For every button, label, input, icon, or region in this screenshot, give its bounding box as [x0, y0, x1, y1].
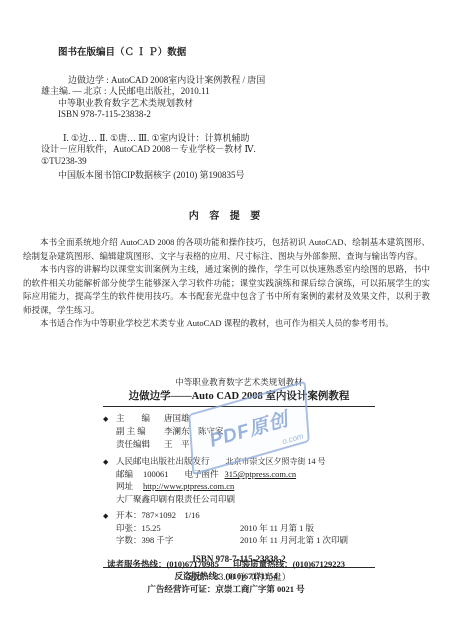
yinzhang-edition-row: 印张：15.25 2010 年 11 月第 1 版 — [103, 522, 375, 534]
cip-isbn-line: ISBN 978-7-115-23838-2 — [41, 109, 351, 121]
website-value: http://www.ptpress.com.cn — [143, 480, 234, 492]
chief-editor-label: 主 编 — [116, 412, 164, 424]
book-title: 边做边学——Auto CAD 2008 室内设计案例教程 — [103, 391, 375, 406]
publisher-row: ◆ 人民邮电出版社出版发行 北京市崇文区夕照寺街 14 号 — [103, 455, 375, 468]
cip-section: 图书在版编目（Ｃ Ｉ Ｐ）数据 边做边学 : AutoCAD 2008室内设计案… — [41, 48, 351, 182]
chief-editor-name: 唐国雄 — [164, 412, 190, 424]
book-copyright-page: 图书在版编目（Ｃ Ｉ Ｐ）数据 边做边学 : AutoCAD 2008室内设计案… — [0, 0, 452, 620]
publisher-address: 北京市崇文区夕照寺街 14 号 — [226, 456, 326, 468]
edition-value: 2010 年 11 月第 1 版 — [240, 522, 314, 534]
cip-classification-line: ①TU238-39 — [41, 156, 351, 168]
format-row: ◆ 开本： 787×1092 1/16 — [103, 509, 375, 522]
diamond-bullet-icon: ◆ — [103, 510, 116, 522]
responsible-editor-label: 责任编辑 — [116, 438, 164, 450]
title-divider — [103, 406, 375, 407]
cip-line: 雄主编. — 北京 : 人民邮电出版社，2010.11 — [41, 86, 351, 98]
deputy-editor-label: 副 主 编 — [116, 425, 164, 437]
abstract-paragraph: 本书全面系统地介绍 AutoCAD 2008 的各项功能和操作技巧，包括初识 A… — [23, 236, 430, 263]
website-label: 网址 — [116, 480, 133, 492]
printer-row: 大厂聚鑫印刷有限责任公司印刷 — [103, 493, 375, 505]
responsible-editor-name: 王 平 — [164, 438, 190, 450]
yinzhang-value: 印张：15.25 — [116, 522, 240, 534]
series-title: 中等职业教育数字艺术类规划教材 — [103, 376, 375, 388]
email-value: 315@ptpress.com.cn — [225, 468, 297, 480]
abstract-heading: 内 容 提 要 — [23, 207, 430, 222]
format-block: ◆ 开本： 787×1092 1/16 印张：15.25 2010 年 11 月… — [103, 509, 375, 547]
zishu-value: 字数：398 千字 — [116, 534, 240, 546]
postcode-value: 100061 — [143, 468, 169, 480]
abstract-paragraph: 本书内容的讲解均以课堂实训案例为主线，通过案例的操作，学生可以快速熟悉室内绘图的… — [23, 263, 430, 317]
antipiracy-hotline: 反盗版热线：(010)67171154 — [0, 570, 452, 582]
responsible-editor-row: 责任编辑 王 平 — [103, 438, 375, 450]
printing-value: 2010 年 11 月河北第 1 次印刷 — [240, 534, 348, 546]
cip-classification-line: Ⅰ. ①边… Ⅱ. ①唐… Ⅲ. ①室内设计：计算机辅助 — [41, 133, 351, 145]
zishu-printing-row: 字数：398 千字 2010 年 11 月河北第 1 次印刷 — [103, 534, 375, 546]
printer-name: 大厂聚鑫印刷有限责任公司印刷 — [116, 493, 235, 505]
hotline-line: 读者服务热线：(010)67170985 印装质量热线：(010)6712922… — [0, 558, 452, 570]
cip-heading: 图书在版编目（Ｃ Ｉ Ｐ）数据 — [41, 48, 351, 60]
cip-record-number: 中国版本图书馆CIP数据核字 (2010) 第190835号 — [41, 170, 351, 182]
kaiben-value: 787×1092 1/16 — [142, 509, 200, 521]
postcode-email-row: 邮编 100061 电子函件 315@ptpress.com.cn — [103, 468, 375, 480]
kaiben-label: 开本： — [116, 509, 142, 521]
service-hotline: 读者服务热线：(010)67170985 — [107, 559, 219, 569]
website-row: 网址 http://www.ptpress.com.cn — [103, 480, 375, 492]
publisher-name: 人民邮电出版社出版发行 — [116, 455, 210, 467]
postcode-label: 邮编 — [116, 468, 133, 480]
deputy-editor-names: 李澜东 陈守家 — [164, 425, 224, 437]
abstract-section: 内 容 提 要 本书全面系统地介绍 AutoCAD 2008 的各项功能和操作技… — [23, 207, 430, 331]
cip-line: 中等职业教育数字艺术类规划教材 — [41, 98, 351, 110]
ad-license: 广告经营许可证：京崇工商广字第 0021 号 — [0, 583, 452, 595]
deputy-editor-row: 副 主 编 李澜东 陈守家 — [103, 425, 375, 437]
colophon-section: 中等职业教育数字艺术类规划教材 边做边学——Auto CAD 2008 室内设计… — [103, 376, 375, 583]
email-label: 电子函件 — [185, 468, 219, 480]
cip-line: 边做边学 : AutoCAD 2008室内设计案例教程 / 唐国 — [41, 75, 351, 87]
diamond-bullet-icon: ◆ — [103, 456, 116, 468]
abstract-paragraph: 本书适合作为中等职业学校艺术类专业 AutoCAD 课程的教材，也可作为相关人员… — [23, 317, 430, 331]
publisher-block: ◆ 人民邮电出版社出版发行 北京市崇文区夕照寺街 14 号 邮编 100061 … — [103, 455, 375, 505]
hotlines-footer: 读者服务热线：(010)67170985 印装质量热线：(010)6712922… — [0, 558, 452, 595]
editors-block: ◆ 主 编 唐国雄 副 主 编 李澜东 陈守家 责任编辑 王 平 — [103, 412, 375, 450]
chief-editor-row: ◆ 主 编 唐国雄 — [103, 412, 375, 425]
cip-classification-line: 设计－应用软件，AutoCAD 2008－专业学校－教材 Ⅳ. — [41, 144, 351, 156]
quality-hotline: 印装质量热线：(010)67129223 — [233, 559, 345, 569]
diamond-bullet-icon: ◆ — [103, 413, 116, 425]
